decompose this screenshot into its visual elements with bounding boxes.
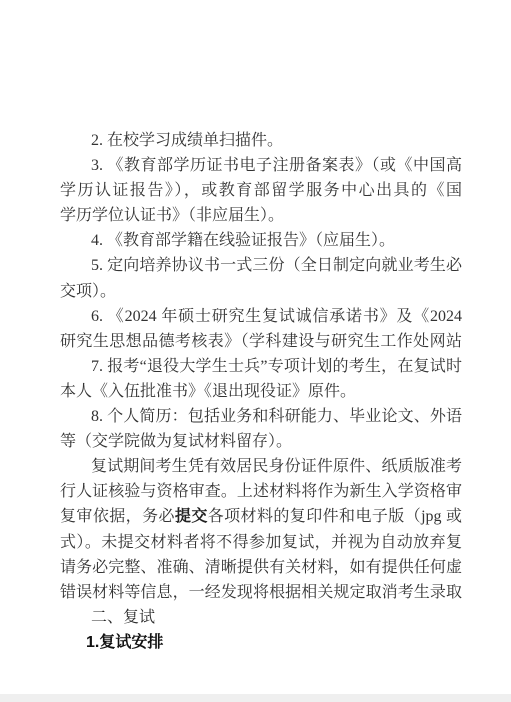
emphasized-text: 提交: [175, 508, 208, 525]
document-page: 2. 在校学习成绩单扫描件。3. 《教育部学历证书电子注册备案表》（或《中国高等…: [0, 0, 511, 694]
document-text: 2. 在校学习成绩单扫描件。3. 《教育部学历证书电子注册备案表》（或《中国高等…: [60, 128, 462, 655]
text-line: 研究生思想品德考核表》（学科建设与研究生工作处网站下载）。: [60, 329, 462, 354]
text-line: 6. 《2024 年硕士研究生复试诚信承诺书》及《2024 年硕士: [60, 304, 462, 329]
text-line: 3. 《教育部学历证书电子注册备案表》（或《中国高等教育: [60, 153, 462, 178]
text-line: 本人《入伍批准书》《退出现役证》原件。: [60, 379, 462, 404]
text-line: 错误材料等信息，一经发现将根据相关规定取消考生录取资格。: [60, 580, 462, 605]
text-line: 行人证核验与资格审查。上述材料将作为新生入学资格审查的: [60, 479, 462, 504]
text-line: 2. 在校学习成绩单扫描件。: [60, 128, 462, 153]
text-line: 5. 定向培养协议书一式三份（全日制定向就业考生必须提: [60, 253, 462, 278]
text-line: 学历学位认证书》（非应届生）。: [60, 203, 462, 228]
subsection-heading: 1.复试安排: [60, 630, 462, 655]
text-line: 复试期间考生凭有效居民身份证件原件、纸质版准考证进: [60, 454, 462, 479]
text-line: 8. 个人简历：包括业务和科研能力、毕业论文、外语水平: [60, 404, 462, 429]
section-heading: 二、复试: [60, 605, 462, 630]
text-line: 复审依据，务必提交各项材料的复印件和电子版（jpg 或 pdf 格: [60, 504, 462, 529]
text-line: 式）。未提交材料者将不得参加复试，并视为自动放弃复试资格。: [60, 530, 462, 555]
document-viewer: 2. 在校学习成绩单扫描件。3. 《教育部学历证书电子注册备案表》（或《中国高等…: [0, 0, 511, 702]
page-background-gap: [0, 694, 511, 702]
text-line: 等（交学院做为复试材料留存）。: [60, 429, 462, 454]
text-line: 4. 《教育部学籍在线验证报告》（应届生）。: [60, 228, 462, 253]
text-line: 交项）。: [60, 279, 462, 304]
text-line: 请务必完整、准确、清晰提供有关材料，如有提供任何虚假、: [60, 555, 462, 580]
text-line: 学历认证报告》），或教育部留学服务中心出具的《国（境）外: [60, 178, 462, 203]
text-line: 7. 报考“退役大学生士兵”专项计划的考生，在复试时须提供: [60, 354, 462, 379]
